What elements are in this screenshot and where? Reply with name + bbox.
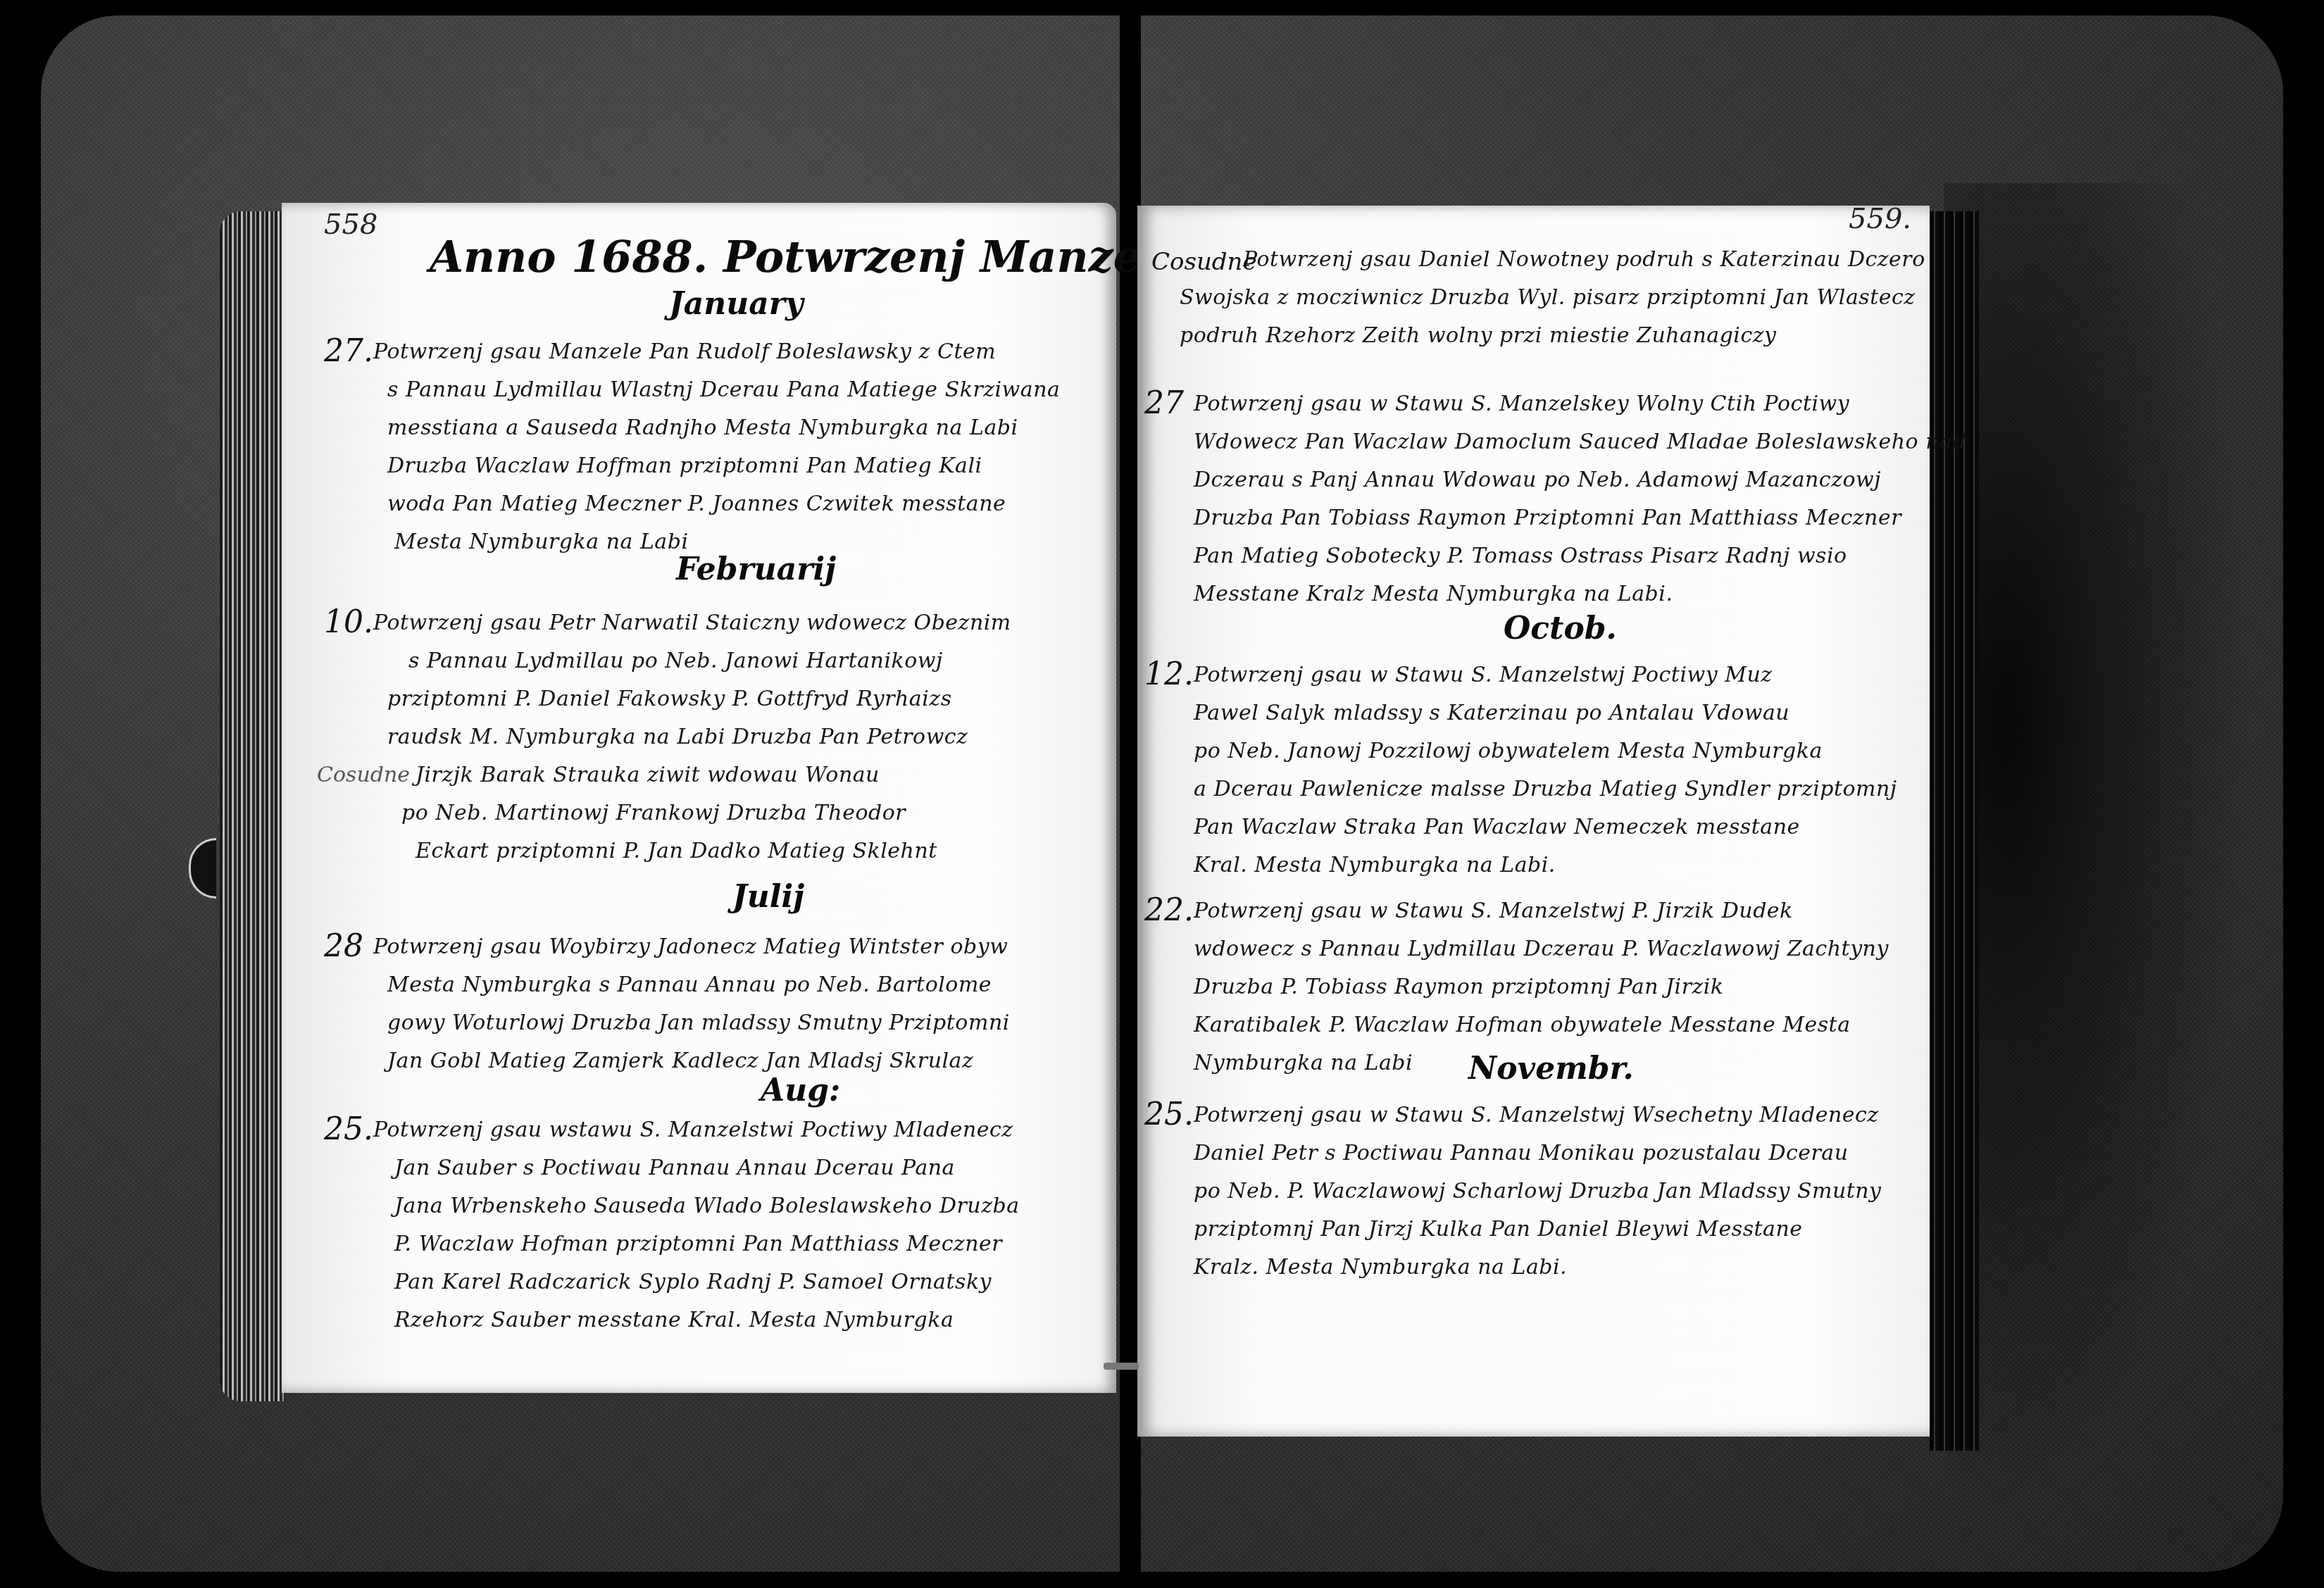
entry-line: Mesta Nymburgka s Pannau Annau po Neb. B… bbox=[373, 966, 1010, 1004]
entry-line: Potwrzenj gsau Daniel Nowotney podruh s … bbox=[1243, 241, 1925, 279]
month-heading-november: Novembr. bbox=[1468, 1051, 1634, 1087]
entry-line: Kral. Mesta Nymburgka na Labi. bbox=[1194, 846, 1897, 884]
entry-line: Potwrzenj gsau Woybirzy Jadonecz Matieg … bbox=[373, 928, 1010, 966]
entry-line: Pawel Salyk mladssy s Katerzinau po Anta… bbox=[1194, 694, 1897, 732]
entry-line: Potwrzenj gsau w Stawu S. Manzelstwj Poc… bbox=[1194, 656, 1897, 694]
entry-line: Jan Gobl Matieg Zamjerk Kadlecz Jan Mlad… bbox=[373, 1042, 1010, 1080]
entry-day: 27 bbox=[1144, 385, 1184, 421]
entry-line: Kralz. Mesta Nymburgka na Labi. bbox=[1194, 1249, 1882, 1287]
right-page: 559. Cosudne Potwrzenj gsau Daniel Nowot… bbox=[1137, 206, 1930, 1437]
entry-line: Druzba Waczlaw Hoffman prziptomni Pan Ma… bbox=[373, 447, 1060, 485]
entry-line: Rzehorz Sauber messtane Kral. Mesta Nymb… bbox=[373, 1301, 1020, 1339]
entry-line: Pan Matieg Sobotecky P. Tomass Ostrass P… bbox=[1194, 537, 1966, 575]
entry-line: Karatibalek P. Waczlaw Hofman obywatele … bbox=[1194, 1006, 1889, 1044]
page-heading: Anno 1688. Potwrzenj Manzelske bbox=[430, 231, 1240, 282]
entry-day: 22. bbox=[1144, 892, 1194, 928]
entry-day: 25. bbox=[1144, 1096, 1194, 1132]
entry-line: Pan Karel Radczarick Syplo Radnj P. Samo… bbox=[373, 1263, 1020, 1301]
entry-line: Wdowecz Pan Waczlaw Damoclum Sauced Mlad… bbox=[1194, 423, 1966, 461]
entry-line: po Neb. P. Waczlawowj Scharlowj Druzba J… bbox=[1194, 1173, 1882, 1211]
margin-annotation: Cosudne bbox=[1151, 248, 1257, 276]
entry-line: s Pannau Lydmillau po Neb. Janowi Hartan… bbox=[373, 642, 1011, 680]
entry-line: Potwrzenj gsau Petr Narwatil Staiczny wd… bbox=[373, 604, 1011, 642]
month-heading-february: Februarij bbox=[676, 551, 836, 587]
entry-line: prziptomnj Pan Jirzj Kulka Pan Daniel Bl… bbox=[1194, 1211, 1882, 1249]
entry-line: po Neb. Martinowj Frankowj Druzba Theodo… bbox=[373, 794, 1011, 832]
entry-line: Potwrzenj gsau wstawu S. Manzelstwi Poct… bbox=[373, 1111, 1020, 1149]
entry-line: Jan Sauber s Poctiwau Pannau Annau Dcera… bbox=[373, 1149, 1020, 1187]
left-page: 558 Anno 1688. Potwrzenj Manzelske Janua… bbox=[282, 203, 1116, 1393]
entry-line: Jana Wrbenskeho Sauseda Wlado Boleslawsk… bbox=[373, 1187, 1020, 1225]
entry-line: Potwrzenj gsau w Stawu S. Manzelstwj P. … bbox=[1194, 892, 1889, 930]
entry-line: podruh Rzehorz Zeith wolny przi miestie … bbox=[1180, 317, 1925, 355]
book-shadow bbox=[1944, 183, 2254, 1521]
entry-line: Potwrzenj gsau w Stawu S. Manzelstwj Wse… bbox=[1194, 1096, 1882, 1134]
entry-day: 12. bbox=[1144, 656, 1194, 692]
entry-line: Messtane Kralz Mesta Nymburgka na Labi. bbox=[1194, 575, 1966, 613]
page-stack-left bbox=[220, 211, 285, 1401]
entry-line: a Dcerau Pawlenicze malsse Druzba Matieg… bbox=[1194, 770, 1897, 808]
entry-line: po Neb. Janowj Pozzilowj obywatelem Mest… bbox=[1194, 732, 1897, 770]
entry-line: P. Waczlaw Hofman prziptomni Pan Matthia… bbox=[373, 1225, 1020, 1263]
page-number-right: 559. bbox=[1849, 203, 1911, 235]
entry-day: 27. bbox=[324, 333, 373, 369]
entry-line: Daniel Petr s Poctiwau Pannau Monikau po… bbox=[1194, 1134, 1882, 1173]
entry-line: Druzba P. Tobiass Raymon prziptomnj Pan … bbox=[1194, 968, 1889, 1006]
entry-line: raudsk M. Nymburgka na Labi Druzba Pan P… bbox=[373, 718, 1011, 756]
entry-line: wdowecz s Pannau Lydmillau Dczerau P. Wa… bbox=[1194, 930, 1889, 968]
entry-day: 10. bbox=[324, 604, 373, 640]
entry-line: Jirzjk Barak Strauka ziwit wdowau Wonau bbox=[373, 756, 1011, 794]
entry-line: Potwrzenj gsau Manzele Pan Rudolf Bolesl… bbox=[373, 333, 1060, 371]
entry-day: 28 bbox=[324, 928, 363, 964]
entry-line: prziptomni P. Daniel Fakowsky P. Gottfry… bbox=[373, 680, 1011, 718]
entry-line: gowy Woturlowj Druzba Jan mladssy Smutny… bbox=[373, 1004, 1010, 1042]
entry-line: woda Pan Matieg Meczner P. Joannes Czwit… bbox=[373, 485, 1060, 523]
entry-line: Druzba Pan Tobiass Raymon Prziptomni Pan… bbox=[1194, 499, 1966, 537]
entry-line: Pan Waczlaw Straka Pan Waczlaw Nemeczek … bbox=[1194, 808, 1897, 846]
binding-thread bbox=[1104, 1363, 1139, 1370]
month-heading-january: January bbox=[669, 286, 804, 322]
month-heading-july: Julij bbox=[732, 879, 804, 915]
month-heading-august: Aug: bbox=[761, 1073, 840, 1108]
entry-line: s Pannau Lydmillau Wlastnj Dcerau Pana M… bbox=[373, 371, 1060, 409]
entry-day: 25. bbox=[324, 1111, 373, 1147]
entry-line: Potwrzenj gsau w Stawu S. Manzelskey Wol… bbox=[1194, 385, 1966, 423]
entry-line: messtiana a Sauseda Radnjho Mesta Nymbur… bbox=[373, 409, 1060, 447]
month-heading-october: Octob. bbox=[1504, 611, 1617, 646]
entry-line: Eckart prziptomni P. Jan Dadko Matieg Sk… bbox=[373, 832, 1011, 870]
entry-line: Swojska z mocziwnicz Druzba Wyl. pisarz … bbox=[1180, 279, 1925, 317]
page-number-left: 558 bbox=[324, 208, 377, 241]
entry-line: Dczerau s Panj Annau Wdowau po Neb. Adam… bbox=[1194, 461, 1966, 499]
